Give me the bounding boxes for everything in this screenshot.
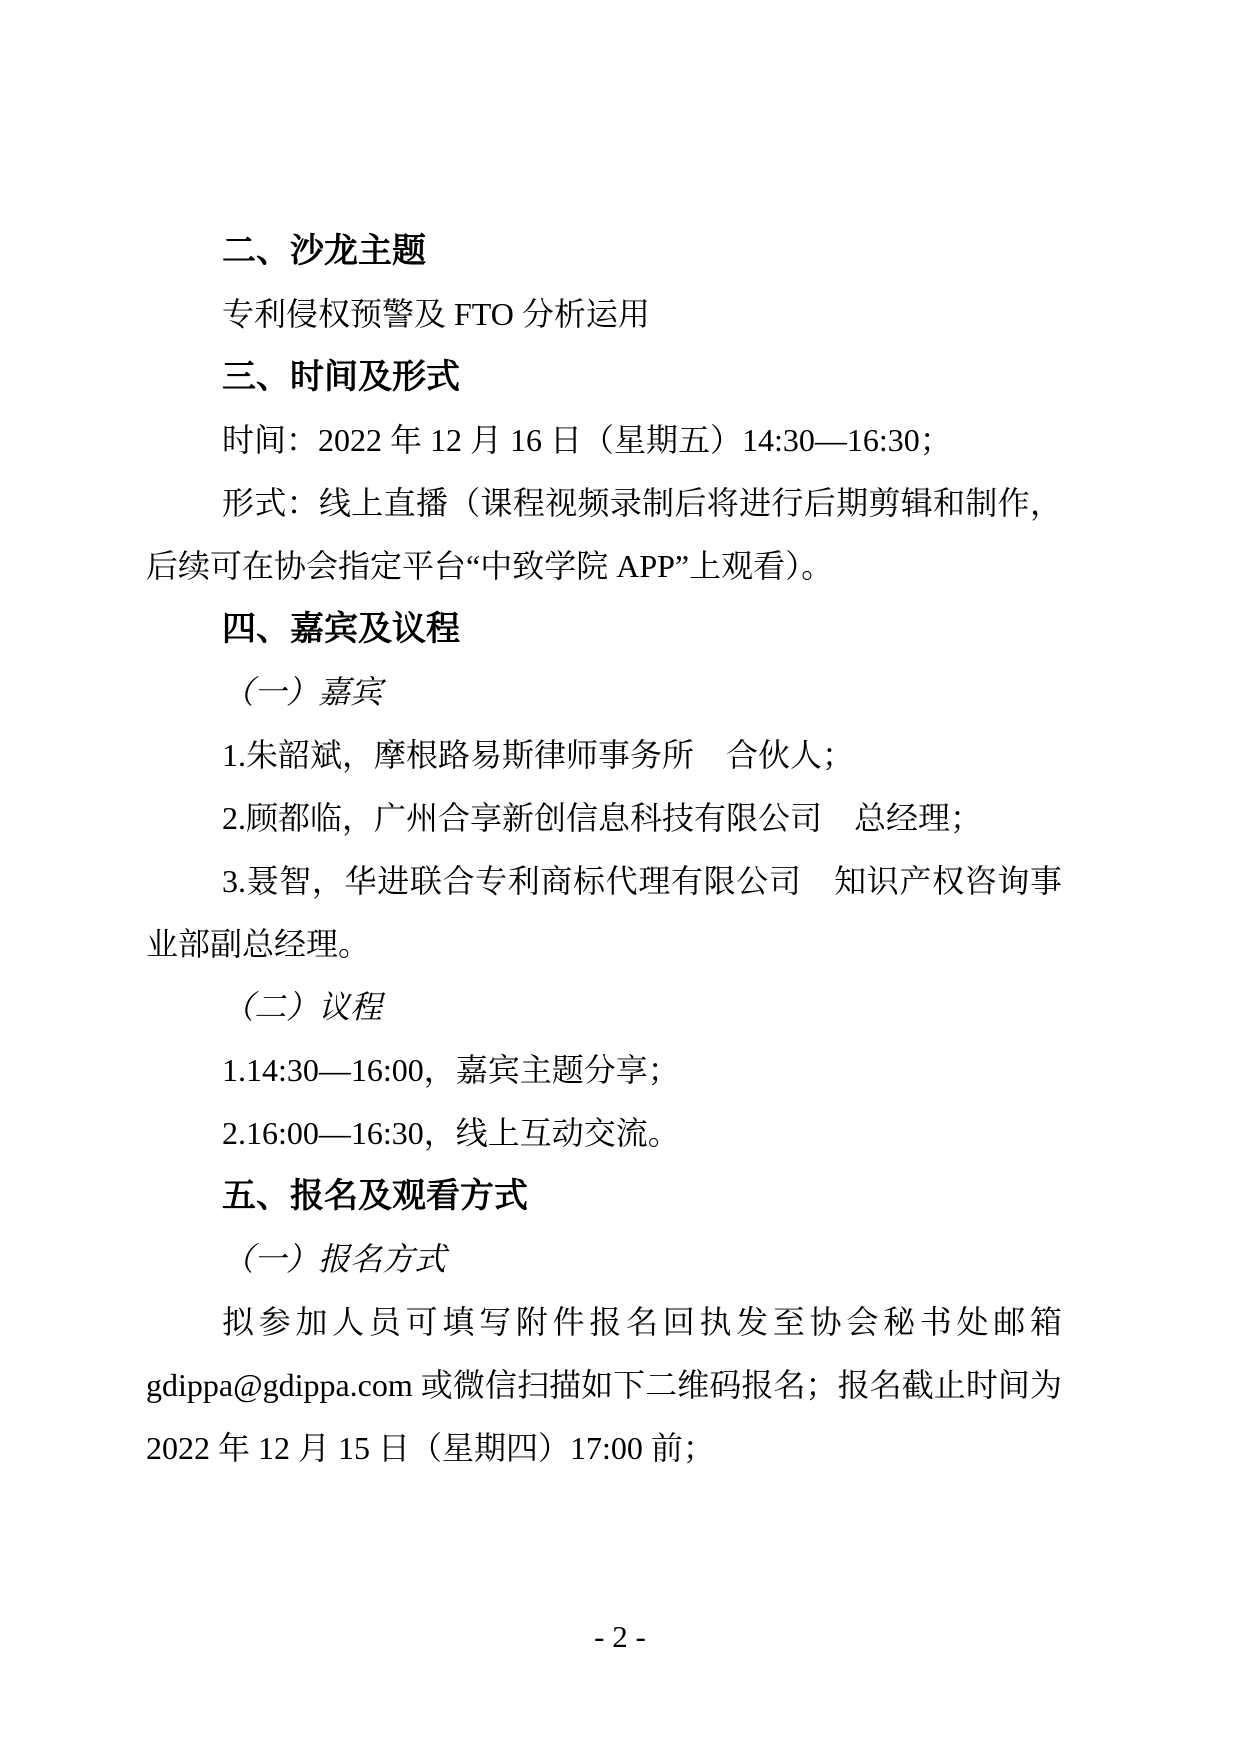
paragraph-guest-3: 3.聂智，华进联合专利商标代理有限公司 知识产权咨询事业部副总经理。 <box>146 850 1062 976</box>
paragraph-registration-details: 拟参加人员可填写附件报名回执发至协会秘书处邮箱 gdippa@gdippa.co… <box>146 1291 1062 1480</box>
subheading-registration-method: （一）报名方式 <box>146 1228 1062 1291</box>
section-heading-salon-topic: 二、沙龙主题 <box>146 220 1062 283</box>
paragraph-salon-topic: 专利侵权预警及 FTO 分析运用 <box>146 283 1062 346</box>
section-heading-guests-agenda: 四、嘉宾及议程 <box>146 598 1062 661</box>
page-number: - 2 - <box>0 1616 1240 1658</box>
section-heading-time-format: 三、时间及形式 <box>146 346 1062 409</box>
section-heading-registration: 五、报名及观看方式 <box>146 1165 1062 1228</box>
paragraph-guest-1: 1.朱韶斌，摩根路易斯律师事务所 合伙人； <box>146 724 1062 787</box>
paragraph-format: 形式：线上直播（课程视频录制后将进行后期剪辑和制作，后续可在协会指定平台“中致学… <box>146 472 1062 598</box>
paragraph-agenda-2: 2.16:00—16:30，线上互动交流。 <box>146 1102 1062 1165</box>
subheading-guests: （一）嘉宾 <box>146 661 1062 724</box>
paragraph-guest-2: 2.顾都临，广州合享新创信息科技有限公司 总经理； <box>146 787 1062 850</box>
paragraph-agenda-1: 1.14:30—16:00，嘉宾主题分享； <box>146 1039 1062 1102</box>
document-body: 二、沙龙主题 专利侵权预警及 FTO 分析运用 三、时间及形式 时间：2022 … <box>146 220 1062 1480</box>
document-page: 二、沙龙主题 专利侵权预警及 FTO 分析运用 三、时间及形式 时间：2022 … <box>0 0 1240 1754</box>
subheading-agenda: （二）议程 <box>146 976 1062 1039</box>
paragraph-time: 时间：2022 年 12 月 16 日（星期五）14:30—16:30； <box>146 409 1062 472</box>
